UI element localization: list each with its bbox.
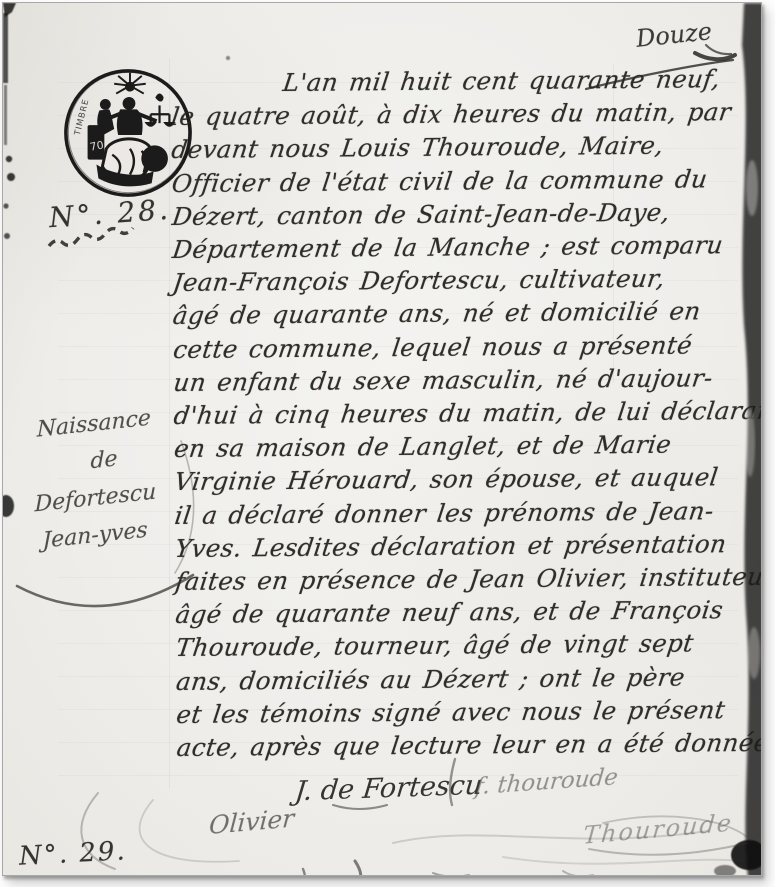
body-line: Dézert, canton de Saint-Jean-de-Daye, [170, 195, 762, 233]
body-line: L'an mil huit cent quarante neuf, [169, 62, 762, 100]
act-number: N°. 28. [48, 193, 172, 234]
signature-defortescu: J. de Fortescu [293, 770, 484, 808]
body-line: Thouroude, tourneur, âgé de vingt sept [174, 626, 762, 664]
document-scan: 70 TIMBRE Douze N°. 28. Naissance de Def… [2, 2, 762, 876]
signature-olivier: Olivier [208, 803, 295, 840]
body-line: Officier de l'état civil de la commune d… [170, 161, 762, 199]
ink-stain [714, 840, 762, 876]
body-line: il a déclaré donner les prénoms de Jean- [173, 493, 762, 531]
next-record-partial-strokes [303, 861, 593, 876]
body-line: et les témoins signé avec nous le présen… [174, 693, 762, 731]
next-act-number: N°. 29. [18, 836, 127, 872]
body-line: acte, après que lecture leur en a été do… [175, 726, 762, 764]
body-line: Département de la Manche ; est comparu [170, 228, 762, 266]
body-line: âgé de quarante ans, né et domicilié en [171, 294, 762, 332]
act-body-text: L'an mil huit cent quarante neuf, le qua… [171, 62, 762, 764]
body-line: un enfant du sexe masculin, né d'aujour- [172, 361, 762, 399]
stamp-value: 70 [89, 138, 105, 153]
body-line: ans, domiciliés au Dézert ; ont le père [174, 659, 762, 697]
folio-annotation: Douze [635, 17, 714, 53]
stamp-globe [141, 145, 168, 172]
body-line: d'hui à cinq heures du matin, de lui déc… [172, 394, 762, 432]
signature-thouroude: Thouroude [582, 808, 734, 849]
signature-thouroude-faint: f. thouroude [474, 764, 619, 800]
body-line: devant nous Louis Thouroude, Maire, [170, 128, 762, 166]
body-line: cette commune, lequel nous a présenté [171, 327, 762, 365]
body-line: faites en présence de Jean Olivier, inst… [173, 560, 762, 598]
margin-note: Naissance de Defortescu Jean-yves [23, 396, 198, 560]
body-line: Yves. Lesdites déclaration et présentati… [173, 527, 762, 565]
body-line: Virginie Hérouard, son épouse, et auquel [172, 460, 762, 498]
